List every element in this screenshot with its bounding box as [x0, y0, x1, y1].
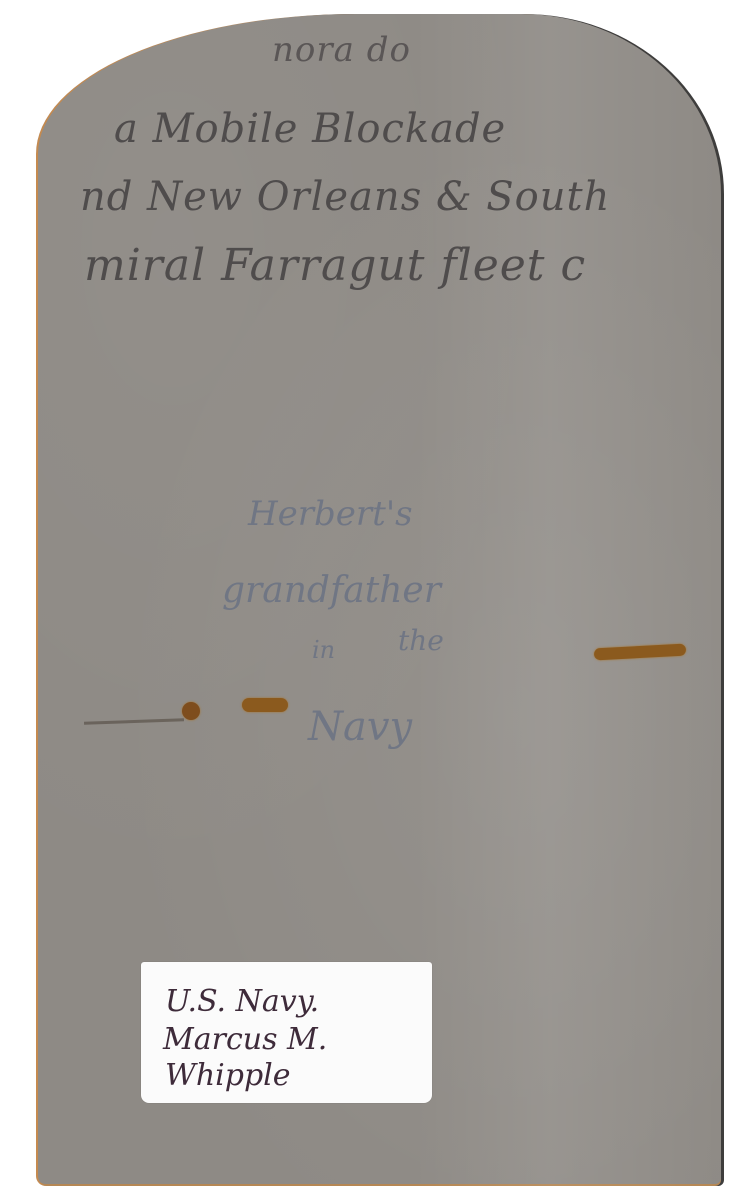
- faint-inscription-word-the: the: [398, 624, 444, 657]
- adhesive-stain: [242, 698, 288, 712]
- photo-mount-card: nora do a Mobile Blockade nd New Orleans…: [36, 14, 721, 1186]
- pencil-inscription-line-4: miral Farragut fleet c: [84, 240, 586, 291]
- faint-inscription-line-2: grandfather: [222, 570, 441, 611]
- faint-inscription-word-in: in: [312, 636, 335, 664]
- handwritten-label: U.S. Navy. Marcus M. Whipple: [141, 962, 432, 1103]
- crease-mark: [84, 718, 184, 724]
- faint-inscription-line-navy: Navy: [308, 704, 412, 750]
- adhesive-stain: [594, 644, 687, 661]
- label-line-2: Marcus M.: [163, 1022, 327, 1057]
- pencil-inscription-line-3: nd New Orleans & South: [80, 174, 610, 220]
- scan-page: nora do a Mobile Blockade nd New Orleans…: [0, 0, 744, 1200]
- faint-inscription-line-1: Herbert's: [248, 494, 413, 534]
- adhesive-stain: [182, 702, 200, 720]
- pencil-inscription-line-2: a Mobile Blockade: [114, 106, 506, 152]
- label-line-1: U.S. Navy.: [165, 984, 319, 1019]
- label-line-3: Whipple: [165, 1058, 291, 1093]
- pencil-inscription-line-1: nora do: [272, 30, 411, 70]
